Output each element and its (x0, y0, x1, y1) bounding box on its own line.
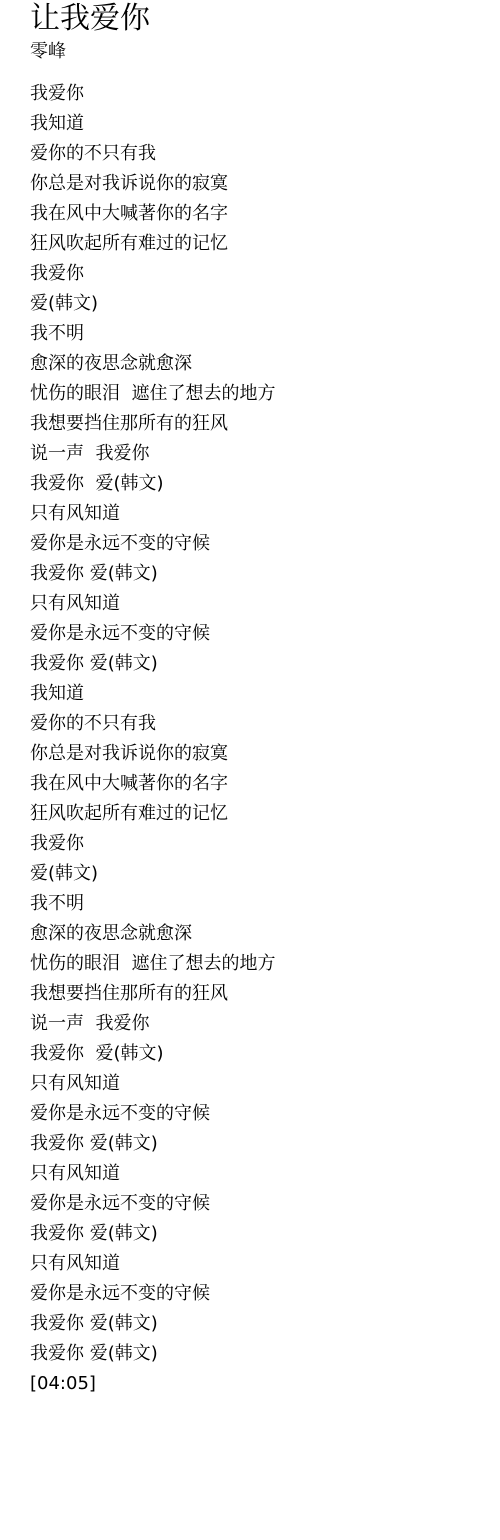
lyric-line: 忧伤的眼泪 遮住了想去的地方 (30, 379, 500, 409)
lyric-line: 我爱你 爱(韩文) (30, 1129, 500, 1159)
lyrics-page: 让我爱你 零峰 我爱你我知道爱你的不只有我你总是对我诉说你的寂寞我在风中大喊著你… (0, 0, 500, 1399)
lyric-line: 愈深的夜思念就愈深 (30, 919, 500, 949)
lyric-line: 我爱你 爱(韩文) (30, 559, 500, 589)
lyric-line: 只有风知道 (30, 1159, 500, 1189)
lyric-line: 爱(韩文) (30, 289, 500, 319)
lyric-line: 我在风中大喊著你的名字 (30, 199, 500, 229)
lyric-line: 你总是对我诉说你的寂寞 (30, 739, 500, 769)
lyric-line: 爱你是永远不变的守候 (30, 1099, 500, 1129)
lyric-line: 爱(韩文) (30, 859, 500, 889)
lyric-line: 我想要挡住那所有的狂风 (30, 409, 500, 439)
lyric-line: 你总是对我诉说你的寂寞 (30, 169, 500, 199)
lyric-line: 愈深的夜思念就愈深 (30, 349, 500, 379)
lyric-line: 我在风中大喊著你的名字 (30, 769, 500, 799)
artist-name: 零峰 (30, 39, 500, 65)
lyric-line: 狂风吹起所有难过的记忆 (30, 799, 500, 829)
lyric-line: 只有风知道 (30, 589, 500, 619)
lyric-line: 我想要挡住那所有的狂风 (30, 979, 500, 1009)
lyric-line: 爱你是永远不变的守候 (30, 1279, 500, 1309)
lyric-line: 我爱你 爱(韩文) (30, 1339, 500, 1369)
lyric-line: 只有风知道 (30, 1249, 500, 1279)
lyric-line: 爱你是永远不变的守候 (30, 619, 500, 649)
lyric-line: 爱你的不只有我 (30, 709, 500, 739)
lyric-line: 爱你的不只有我 (30, 139, 500, 169)
lyric-line: 我爱你 爱(韩文) (30, 1039, 500, 1069)
lyric-line: 我知道 (30, 679, 500, 709)
duration-timestamp: [04:05] (30, 1369, 500, 1399)
lyric-line: 我爱你 (30, 79, 500, 109)
lyric-line: 我知道 (30, 109, 500, 139)
lyric-line: 我爱你 爱(韩文) (30, 469, 500, 499)
lyric-line: 爱你是永远不变的守候 (30, 1189, 500, 1219)
song-title: 让我爱你 (30, 0, 500, 37)
lyric-line: 我不明 (30, 319, 500, 349)
lyric-line: 我爱你 (30, 259, 500, 289)
lyrics-body: 我爱你我知道爱你的不只有我你总是对我诉说你的寂寞我在风中大喊著你的名字狂风吹起所… (30, 79, 500, 1399)
lyric-line: 我爱你 爱(韩文) (30, 649, 500, 679)
lyric-line: 忧伤的眼泪 遮住了想去的地方 (30, 949, 500, 979)
lyric-line: 我爱你 (30, 829, 500, 859)
lyric-line: 说一声 我爱你 (30, 1009, 500, 1039)
lyric-line: 只有风知道 (30, 499, 500, 529)
lyric-line: 只有风知道 (30, 1069, 500, 1099)
lyric-line: 我爱你 爱(韩文) (30, 1219, 500, 1249)
lyric-line: 说一声 我爱你 (30, 439, 500, 469)
lyric-line: 我不明 (30, 889, 500, 919)
lyric-line: 我爱你 爱(韩文) (30, 1309, 500, 1339)
lyric-line: 狂风吹起所有难过的记忆 (30, 229, 500, 259)
lyric-line: 爱你是永远不变的守候 (30, 529, 500, 559)
